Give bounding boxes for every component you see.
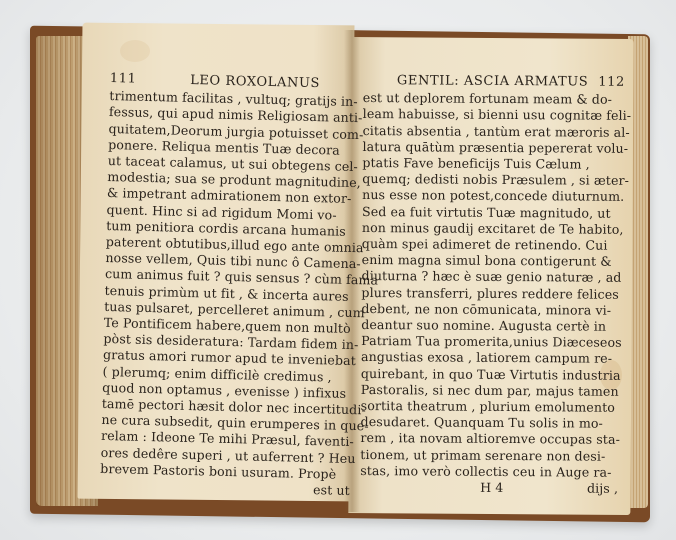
text-line: rem , ita novam altioremve occupas sta- (360, 430, 622, 448)
left-page-text: 111 LEO ROXOLANUS trimentum facilitas , … (100, 71, 360, 499)
text-line: citatis absentia , tantùm erat mæroris a… (363, 123, 625, 141)
text-line: latura quātùm præsentia pepererat volu- (362, 139, 624, 157)
text-line: enim magna simul bona contigerunt & (362, 252, 624, 270)
text-line: quàm spei adimeret de retinendo. Cui (362, 236, 624, 254)
text-line: est ut deplorem fortunam meam & do- (363, 90, 625, 108)
text-line: debent, ne non cōmunicata, minora vi- (361, 301, 623, 319)
catchword: dijs , (587, 481, 618, 497)
text-line: desudaret. Quanquam Tu solis in mo- (361, 414, 623, 432)
text-line: nus esse non potest,concede diuturnum. (362, 187, 624, 205)
running-title: LEO ROXOLANUS (190, 73, 320, 92)
text-line: Patriam Tua promerita,unius Diæceseos (361, 333, 623, 351)
page-number: 112 (598, 75, 625, 91)
text-line: quirebant, in quo Tuæ Virtutis industria (361, 366, 623, 384)
text-line: Pastoralis, si nec dum par, majus tamen (361, 382, 623, 400)
paper-stain (120, 40, 150, 62)
right-page-text: GENTIL: ASCIA ARMATUS 112 est ut deplore… (360, 73, 625, 497)
text-line: tionem, ut primam serenare non desi- (360, 447, 622, 465)
text-line: angustias exosa , latiorem campum re- (361, 349, 623, 367)
text-line: ptatis Fave beneficijs Tuis Cælum , (362, 155, 624, 173)
page-number: 111 (110, 71, 137, 88)
text-line: deantur suo nomine. Augusta certè in (361, 317, 623, 335)
text-line: quemq; dedisti nobis Præsulem , si æter- (362, 171, 624, 189)
text-line: stas, imo verò collectis ceu in Auge ra- (360, 463, 622, 481)
text-line: leam habuisse, si bienni usu cognitæ fel… (363, 106, 625, 124)
signature-mark: H 4 (480, 480, 503, 496)
running-title: GENTIL: ASCIA ARMATUS (397, 73, 589, 91)
text-line: plures transferri, plures reddere felice… (361, 285, 623, 303)
page-footer: H 4 dijs , (360, 479, 622, 497)
text-line: non minus gaudij excitaret de Te habito, (362, 220, 624, 238)
text-line: Sed ea fuit virtutis Tuæ magnitudo, ut (362, 204, 624, 222)
right-running-head: GENTIL: ASCIA ARMATUS 112 (363, 73, 625, 91)
text-line: diuturna ? hæc è suæ genio naturæ , ad (362, 268, 624, 286)
text-line: sortita theatrum , plurium emolumento (361, 398, 623, 416)
